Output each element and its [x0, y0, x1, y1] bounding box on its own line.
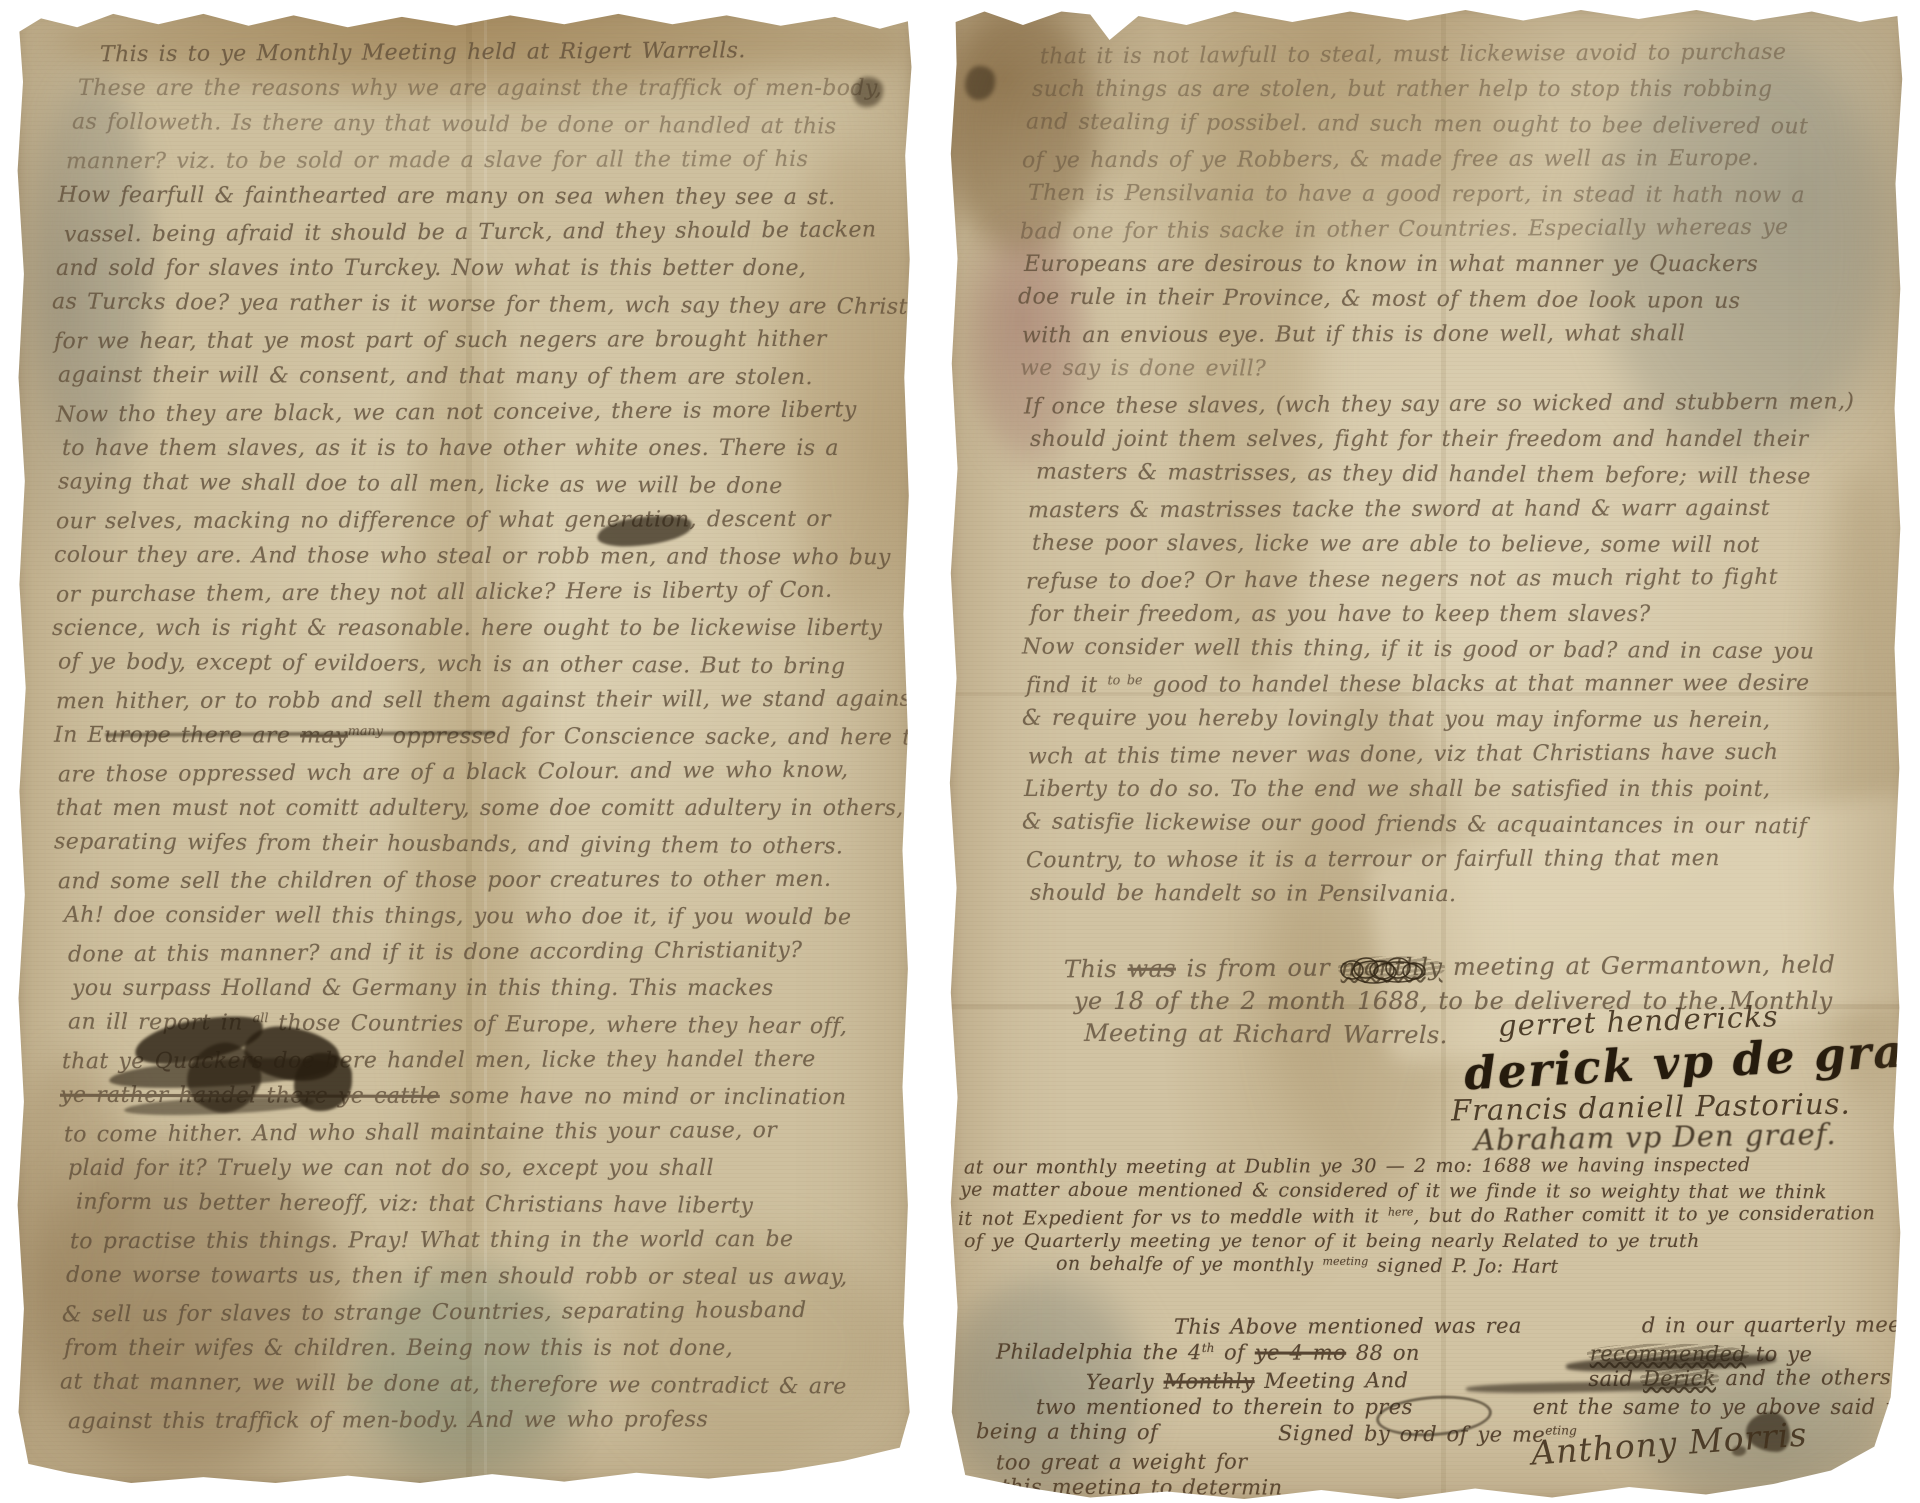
- manuscript-line: our selves, macking no difference of wha…: [14, 507, 916, 546]
- text-run: it not Expedient for vs to meddle with i…: [958, 1205, 1388, 1230]
- manuscript-line: should joint them selves, fight for thei…: [946, 427, 1908, 462]
- text-run: Meeting And: [1255, 1368, 1409, 1393]
- text-run: Country, to whose it is a terrour or fai…: [1026, 846, 1720, 873]
- manuscript-line: to come hither. And who shall maintaine …: [14, 1117, 916, 1159]
- manuscript-line: This was is from our monthly meeting at …: [946, 950, 1908, 990]
- manuscript-line: & require you hereby lovingly that you m…: [946, 705, 1908, 743]
- text-run: Meeting at Richard Warrels.: [1084, 1019, 1448, 1049]
- manuscript-line: you surpass Holland & Germany in this th…: [14, 976, 916, 1012]
- right-page-surface: that it is not lawfull to steal, must li…: [946, 4, 1908, 1502]
- manuscript-line: for their freedom, as you have to keep t…: [946, 602, 1908, 637]
- manuscript-line: Country, to whose it is a terrour or fai…: [946, 845, 1908, 883]
- text-run: These are the reasons why we are against…: [78, 76, 882, 101]
- manuscript-line: & satisfie lickewise our good friends & …: [946, 809, 1908, 850]
- manuscript-page-left: This is to ye Monthly Meeting held at Ri…: [14, 8, 916, 1486]
- manuscript-line: In Europe there are maymany oppressed fo…: [14, 723, 916, 762]
- text-run: & require you hereby lovingly that you m…: [1022, 706, 1770, 733]
- text-run: to have them slaves, as it is to have ot…: [62, 436, 839, 461]
- manuscript-line: of ye body, except of evildoers, wch is …: [14, 649, 916, 691]
- text-run: Ah! doe consider well this things, you w…: [64, 903, 851, 930]
- manuscript-line: These are the reasons why we are against…: [14, 76, 916, 112]
- inserted-word: th: [1202, 1341, 1215, 1355]
- text-run: d in our quarterly meeting &: [1642, 1312, 1920, 1337]
- signature-abraham-up-den-graef: Abraham vp Den graef.: [1474, 1117, 1837, 1157]
- manuscript-line: and sold for slaves into Turckey. Now wh…: [14, 256, 916, 292]
- manuscript-line: Now tho they are black, we can not conce…: [14, 397, 916, 439]
- text-run: refuse to doe? Or have these negers not …: [1026, 565, 1778, 595]
- text-run: done worse towarts us, then if men shoul…: [66, 1263, 848, 1290]
- manuscript-line: on behalfe of ye monthly meeting signed …: [946, 1252, 1908, 1283]
- page-text: that it is not lawfull to steal, must li…: [946, 42, 1908, 1503]
- manuscript-line: manner? viz. to be sold or made a slave …: [14, 147, 916, 186]
- text-run: bad one for this sacke in other Countrie…: [1020, 215, 1789, 245]
- manuscript-line: Then is Pensilvania to have a good repor…: [946, 180, 1908, 218]
- text-run: manner? viz. to be sold or made a slave …: [66, 147, 808, 174]
- manuscript-line: find it to be good to handel these black…: [946, 670, 1908, 708]
- text-run: are those oppressed wch are of a black C…: [58, 758, 849, 788]
- manuscript-line: that men must not comitt adultery, some …: [14, 796, 916, 832]
- text-run: of ye body, except of evildoers, wch is …: [58, 649, 845, 679]
- text-run: our selves, macking no difference of wha…: [56, 507, 831, 534]
- text-run: to practise this things. Pray! What thin…: [70, 1227, 794, 1254]
- text-run: This Above mentioned: [1174, 1314, 1434, 1339]
- manuscript-line: and stealing if possibel. and such men o…: [946, 109, 1908, 150]
- text-run: science, wch is right & reasonable. here…: [52, 616, 882, 641]
- manuscript-line: are those oppressed wch are of a black C…: [14, 757, 916, 799]
- text-run: find it: [1026, 673, 1108, 698]
- struck-word: Monthly: [1164, 1369, 1255, 1394]
- text-run: at that manner, we will be done at, ther…: [60, 1369, 847, 1399]
- text-run: Now consider well this thing, if it is g…: [1022, 634, 1814, 664]
- manuscript-line: Ah! doe consider well this things, you w…: [14, 903, 916, 942]
- struck-word: ye rather handel there ye cattle: [60, 1083, 440, 1109]
- text-run: and some sell the children of those poor…: [58, 867, 831, 894]
- text-run: oppressed for Conscience sacke, and here…: [383, 724, 971, 751]
- manuscript-line: done worse towarts us, then if men shoul…: [14, 1263, 916, 1302]
- manuscript-line: this meeting to determin: [946, 1474, 1908, 1503]
- text-run: that men must not comitt adultery, some …: [56, 796, 904, 821]
- manuscript-line: plaid for it? Truely we can not do so, e…: [14, 1156, 916, 1192]
- manuscript-line: that ye Quackers doe here handel men, li…: [14, 1047, 916, 1086]
- text-run: that it is not lawfull to steal, must li…: [1040, 40, 1787, 70]
- text-run: for their freedom, as you have to keep t…: [1030, 602, 1651, 627]
- manuscript-line: or purchase them, are they not all alick…: [14, 577, 916, 619]
- inserted-word: here: [1388, 1205, 1413, 1218]
- manuscript-line: bad one for this sacke in other Countrie…: [946, 214, 1908, 255]
- manuscript-scan: This is to ye Monthly Meeting held at Ri…: [0, 0, 1920, 1503]
- text-run: signed P. Jo: Hart: [1368, 1255, 1559, 1278]
- text-run: , but do Rather comitt it to ye consider…: [1413, 1202, 1875, 1227]
- text-run: This: [1064, 955, 1128, 983]
- manuscript-line: against their will & consent, and that m…: [14, 363, 916, 402]
- page-text: This is to ye Monthly Meeting held at Ri…: [14, 40, 916, 1444]
- manuscript-line: If once these slaves, (wch they say are …: [946, 389, 1908, 430]
- manuscript-line: to have them slaves, as it is to have ot…: [14, 436, 916, 472]
- text-run: men hither, or to robb and sell them aga…: [56, 687, 928, 715]
- manuscript-line: with an envious eye. But if this is done…: [946, 320, 1908, 358]
- manuscript-line: we say is done evill?: [946, 355, 1908, 393]
- text-run: Now tho they are black, we can not conce…: [56, 398, 857, 428]
- manuscript-line: it not Expedient for vs to meddle with i…: [946, 1202, 1908, 1233]
- text-run: Then is Pensilvania to have a good repor…: [1028, 181, 1805, 208]
- manuscript-line: refuse to doe? Or have these negers not …: [946, 564, 1908, 605]
- text-run: vassel. being afraid it should be a Turc…: [64, 217, 877, 247]
- text-run: some have no mind or inclination: [440, 1084, 847, 1110]
- text-gap: [1158, 1439, 1278, 1440]
- text-run: from their wifes & children. Being now t…: [64, 1336, 733, 1361]
- text-run: of ye hands of ye Robbers, & made free a…: [1022, 146, 1759, 173]
- text-run: This is to ye Monthly Meeting held at Ri…: [100, 38, 746, 67]
- text-run: inform us better hereoff, viz: that Chri…: [76, 1190, 753, 1219]
- manuscript-line: as followeth. Is there any that would be…: [14, 109, 916, 151]
- text-run: meeting at Germantown, held: [1442, 950, 1835, 980]
- manuscript-line: such things as are stolen, but rather he…: [946, 77, 1908, 112]
- manuscript-line: colour they are. And those who steal or …: [14, 543, 916, 582]
- struck-word: was: [1127, 955, 1176, 983]
- manuscript-line: these poor slaves, licke we are able to …: [946, 530, 1908, 568]
- manuscript-line: Liberty to do so. To the end we shall be…: [946, 777, 1908, 812]
- manuscript-line: of ye hands of ye Robbers, & made free a…: [946, 145, 1908, 183]
- text-run: masters & mastrisses, as they did handel…: [1036, 460, 1811, 490]
- manuscript-line: that it is not lawfull to steal, must li…: [946, 39, 1908, 80]
- text-run: separating wifes from their housbands, a…: [54, 829, 843, 859]
- manuscript-line: and some sell the children of those poor…: [14, 867, 916, 906]
- manuscript-line: vassel. being afraid it should be a Turc…: [14, 217, 916, 259]
- text-run: wch at this time never was done, viz tha…: [1028, 740, 1779, 770]
- inserted-word: all: [253, 1011, 269, 1026]
- text-run: with an envious eye. But if this is done…: [1022, 321, 1685, 348]
- text-run: or purchase them, are they not all alick…: [56, 578, 833, 608]
- text-run: & satisfie lickewise our good friends & …: [1022, 809, 1807, 839]
- text-run: at our monthly meeting at Dublin ye 30 —…: [964, 1154, 1751, 1178]
- text-run: this meeting to determin: [1001, 1475, 1283, 1500]
- manuscript-line: against this traffick of men-body. And w…: [14, 1407, 916, 1446]
- manuscript-line: from their wifes & children. Being now t…: [14, 1336, 916, 1372]
- text-run: to come hither. And who shall maintaine …: [64, 1118, 777, 1147]
- text-run: as followeth. Is there any that would be…: [72, 110, 837, 140]
- manuscript-line: to practise this things. Pray! What thin…: [14, 1227, 916, 1266]
- text-gap: [1420, 1360, 1590, 1361]
- text-run: Liberty to do so. To the end we shall be…: [1024, 777, 1770, 802]
- manuscript-line: wch at this time never was done, viz tha…: [946, 739, 1908, 780]
- text-run: is from our: [1176, 954, 1341, 983]
- text-run: ye matter aboue mentioned & considered o…: [960, 1179, 1827, 1204]
- text-run: was rea: [1434, 1314, 1522, 1338]
- text-run: and the others: [1716, 1365, 1891, 1390]
- struck-word: ye 4 mo: [1255, 1340, 1346, 1364]
- text-run: saying that we shall doe to all men, lic…: [58, 469, 783, 499]
- text-run: and sold for slaves into Turckey. Now wh…: [56, 256, 806, 281]
- manuscript-line: men hither, or to robb and sell them aga…: [14, 687, 916, 726]
- manuscript-line: as Turcks doe? yea rather is it worse fo…: [14, 289, 916, 331]
- text-run: How fearfull & fainthearted are many on …: [58, 183, 836, 210]
- manuscript-line: Now consider well this thing, if it is g…: [946, 634, 1908, 675]
- manuscript-line: Yearly Monthly Meeting Andsaid Derick an…: [946, 1365, 1908, 1398]
- text-run: for we hear, that ye most part of such n…: [54, 327, 827, 354]
- manuscript-line: How fearfull & fainthearted are many on …: [14, 183, 916, 222]
- text-run: being a thing of: [976, 1419, 1158, 1444]
- manuscript-line: masters & mastrisses, as they did handel…: [946, 459, 1908, 500]
- manuscript-line: saying that we shall doe to all men, lic…: [14, 469, 916, 511]
- inserted-word: meeting: [1323, 1255, 1369, 1268]
- text-run: should be handelt so in Pensilvania.: [1030, 881, 1456, 907]
- text-run: good to handel these blacks at that mann…: [1143, 671, 1810, 698]
- manuscript-line: science, wch is right & reasonable. here…: [14, 616, 916, 652]
- manuscript-line: at that manner, we will be done at, ther…: [14, 1369, 916, 1411]
- text-run: such things as are stolen, but rather he…: [1032, 77, 1773, 102]
- manuscript-line: This is to ye Monthly Meeting held at Ri…: [14, 37, 916, 79]
- left-page-surface: This is to ye Monthly Meeting held at Ri…: [14, 8, 916, 1486]
- manuscript-line: should be handelt so in Pensilvania.: [946, 880, 1908, 918]
- text-run: of: [1214, 1340, 1254, 1364]
- struck-word: may: [300, 723, 348, 748]
- manuscript-line: for we hear, that ye most part of such n…: [14, 327, 916, 366]
- manuscript-line: of ye Quarterly meeting ye tenor of it b…: [946, 1230, 1908, 1255]
- text-run: If once these slaves, (wch they say are …: [1024, 389, 1855, 419]
- text-run: against this traffick of men-body. And w…: [68, 1407, 708, 1434]
- text-run: masters & mastrisses tacke the sword at …: [1028, 496, 1770, 523]
- text-run: you surpass Holland & Germany in this th…: [72, 976, 774, 1001]
- text-run: plaid for it? Truely we can not do so, e…: [68, 1156, 714, 1181]
- text-run: doe rule in their Province, & most of th…: [1018, 284, 1741, 314]
- text-run: Europeans are desirous to know in what m…: [1024, 252, 1758, 277]
- manuscript-line: masters & mastrisses tacke the sword at …: [946, 495, 1908, 533]
- manuscript-line: & sell us for slaves to strange Countrie…: [14, 1297, 916, 1339]
- text-run: colour they are. And those who steal or …: [54, 543, 891, 571]
- text-run: Philadelphia the 4: [996, 1340, 1202, 1365]
- text-run: 88 on: [1346, 1341, 1420, 1365]
- text-run: and stealing if possibel. and such men o…: [1026, 109, 1808, 139]
- text-run: too great a weight for: [996, 1450, 1248, 1475]
- manuscript-page-right: that it is not lawfull to steal, must li…: [946, 4, 1908, 1502]
- manuscript-line: separating wifes from their housbands, a…: [14, 829, 916, 871]
- text-run: an ill report in: [68, 1010, 253, 1036]
- manuscript-line: This Above mentioned was read in our qua…: [946, 1312, 1908, 1342]
- text-run: should joint them selves, fight for thei…: [1030, 427, 1809, 452]
- text-run: on behalfe of ye monthly: [1056, 1253, 1323, 1277]
- manuscript-line: an ill report in all those Countries of …: [14, 1009, 916, 1051]
- text-run: & sell us for slaves to strange Countrie…: [62, 1298, 807, 1328]
- text-run: as Turcks doe? yea rather is it worse fo…: [52, 289, 923, 319]
- manuscript-line: at our monthly meeting at Dublin ye 30 —…: [946, 1153, 1908, 1181]
- manuscript-line: Europeans are desirous to know in what m…: [946, 252, 1908, 287]
- manuscript-line: done at this manner? and if it is done a…: [14, 937, 916, 979]
- text-run: two mentioned to therein to pres: [1036, 1395, 1413, 1419]
- text-run: that ye Quackers doe here handel men, li…: [62, 1047, 816, 1074]
- manuscript-line: doe rule in their Province, & most of th…: [946, 284, 1908, 325]
- manuscript-line: inform us better hereoff, viz: that Chri…: [14, 1189, 916, 1231]
- inserted-word: to be: [1107, 673, 1142, 688]
- text-run: ent the same to ye above said meeting: [1533, 1395, 1920, 1419]
- text-run: against their will & consent, and that m…: [58, 363, 813, 390]
- text-run: we say is done evill?: [1020, 356, 1266, 382]
- manuscript-line: ye rather handel there ye cattle some ha…: [14, 1083, 916, 1122]
- text-run: done at this manner? and if it is done a…: [68, 938, 803, 968]
- scribbled-word: monthly: [1341, 953, 1443, 982]
- text-run: those Countries of Europe, where they he…: [268, 1011, 847, 1040]
- text-run: these poor slaves, licke we are able to …: [1032, 531, 1760, 558]
- text-run: Yearly: [1086, 1370, 1164, 1394]
- text-run: of ye Quarterly meeting ye tenor of it b…: [964, 1230, 1700, 1252]
